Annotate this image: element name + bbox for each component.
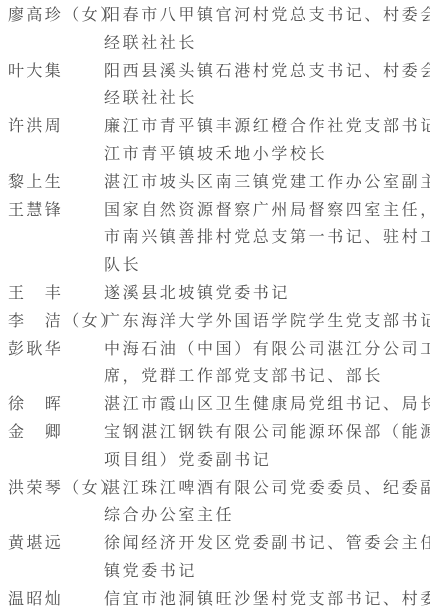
person-name: 廖高珍（女） — [0, 1, 104, 29]
person-title: 宝钢湛江钢铁有限公司能源环保部（能源电厂 项目组）党委副书记 — [104, 418, 426, 474]
title-line: 宝钢湛江钢铁有限公司能源环保部（能源电厂 — [104, 418, 426, 446]
list-item: 金 卿 宝钢湛江钢铁有限公司能源环保部（能源电厂 项目组）党委副书记 — [0, 418, 430, 474]
list-item: 徐 晖 湛江市霞山区卫生健康局党组书记、局长 — [0, 390, 430, 418]
list-item: 黎上生 湛江市坡头区南三镇党建工作办公室副主任 — [0, 168, 430, 196]
person-title: 湛江市坡头区南三镇党建工作办公室副主任 — [104, 168, 426, 196]
title-line: 湛江珠江啤酒有限公司党委委员、纪委副书记、 — [104, 474, 426, 502]
title-line: 广东海洋大学外国语学院学生党支部书记 — [104, 307, 426, 335]
title-line: 湛江市坡头区南三镇党建工作办公室副主任 — [104, 168, 426, 196]
person-title: 廉江市青平镇丰源红橙合作社党支部书记，廉 江市青平镇坡禾地小学校长 — [104, 112, 426, 168]
title-line: 镇党委书记 — [104, 557, 426, 585]
person-name: 金 卿 — [0, 418, 104, 446]
list-item: 李 洁（女） 广东海洋大学外国语学院学生党支部书记 — [0, 307, 430, 335]
person-name: 许洪周 — [0, 112, 104, 140]
title-line: 遂溪县北坡镇党委书记 — [104, 279, 426, 307]
list-item: 廖高珍（女） 阳春市八甲镇官河村党总支书记、村委会主任、 经联社社长 — [0, 1, 430, 57]
person-title: 湛江市霞山区卫生健康局党组书记、局长 — [104, 390, 426, 418]
title-line: 市南兴镇善排村党总支第一书记、驻村工作队 — [104, 223, 426, 251]
list-item: 王 丰 遂溪县北坡镇党委书记 — [0, 279, 430, 307]
list-item: 王慧锋 国家自然资源督察广州局督察四室主任，雷州 市南兴镇善排村党总支第一书记、… — [0, 196, 430, 279]
honoree-list: 廖高珍（女） 阳春市八甲镇官河村党总支书记、村委会主任、 经联社社长 叶大集 阳… — [0, 1, 430, 609]
title-line: 项目组）党委副书记 — [104, 446, 426, 474]
title-line: 队长 — [104, 251, 426, 279]
list-item: 温昭灿 信宜市池洞镇旺沙堡村党支部书记、村委会主任 — [0, 585, 430, 609]
list-item: 彭耿华 中海石油（中国）有限公司湛江分公司工会副主 席，党群工作部党支部书记、部… — [0, 335, 430, 391]
list-item: 叶大集 阳西县溪头镇石港村党总支书记、村委会主任、 经联社社长 — [0, 57, 430, 113]
person-title: 阳西县溪头镇石港村党总支书记、村委会主任、 经联社社长 — [104, 57, 426, 113]
title-line: 中海石油（中国）有限公司湛江分公司工会副主 — [104, 335, 426, 363]
title-line: 湛江市霞山区卫生健康局党组书记、局长 — [104, 390, 426, 418]
person-title: 国家自然资源督察广州局督察四室主任，雷州 市南兴镇善排村党总支第一书记、驻村工作… — [104, 196, 426, 279]
person-name: 王慧锋 — [0, 196, 104, 224]
title-line: 经联社社长 — [104, 84, 426, 112]
title-line: 经联社社长 — [104, 29, 426, 57]
person-title: 阳春市八甲镇官河村党总支书记、村委会主任、 经联社社长 — [104, 1, 426, 57]
person-name: 黎上生 — [0, 168, 104, 196]
title-line: 江市青平镇坡禾地小学校长 — [104, 140, 426, 168]
list-item: 许洪周 廉江市青平镇丰源红橙合作社党支部书记，廉 江市青平镇坡禾地小学校长 — [0, 112, 430, 168]
list-item: 洪荣琴（女） 湛江珠江啤酒有限公司党委委员、纪委副书记、 综合办公室主任 — [0, 474, 430, 530]
title-line: 信宜市池洞镇旺沙堡村党支部书记、村委会主任 — [104, 585, 426, 609]
person-name: 王 丰 — [0, 279, 104, 307]
title-line: 国家自然资源督察广州局督察四室主任，雷州 — [104, 196, 426, 224]
person-name: 洪荣琴（女） — [0, 474, 104, 502]
title-line: 徐闻经济开发区党委副书记、管委会主任，曲界 — [104, 529, 426, 557]
person-name: 温昭灿 — [0, 585, 104, 609]
person-name: 彭耿华 — [0, 335, 104, 363]
person-name: 黄堪远 — [0, 529, 104, 557]
person-title: 广东海洋大学外国语学院学生党支部书记 — [104, 307, 426, 335]
person-title: 信宜市池洞镇旺沙堡村党支部书记、村委会主任 — [104, 585, 426, 609]
list-item: 黄堪远 徐闻经济开发区党委副书记、管委会主任，曲界 镇党委书记 — [0, 529, 430, 585]
person-name: 叶大集 — [0, 57, 104, 85]
person-title: 湛江珠江啤酒有限公司党委委员、纪委副书记、 综合办公室主任 — [104, 474, 426, 530]
title-line: 廉江市青平镇丰源红橙合作社党支部书记，廉 — [104, 112, 426, 140]
title-line: 阳春市八甲镇官河村党总支书记、村委会主任、 — [104, 1, 426, 29]
title-line: 综合办公室主任 — [104, 501, 426, 529]
title-line: 阳西县溪头镇石港村党总支书记、村委会主任、 — [104, 57, 426, 85]
person-name: 徐 晖 — [0, 390, 104, 418]
person-title: 徐闻经济开发区党委副书记、管委会主任，曲界 镇党委书记 — [104, 529, 426, 585]
person-name: 李 洁（女） — [0, 307, 104, 335]
person-title: 遂溪县北坡镇党委书记 — [104, 279, 426, 307]
person-title: 中海石油（中国）有限公司湛江分公司工会副主 席，党群工作部党支部书记、部长 — [104, 335, 426, 391]
title-line: 席，党群工作部党支部书记、部长 — [104, 362, 426, 390]
